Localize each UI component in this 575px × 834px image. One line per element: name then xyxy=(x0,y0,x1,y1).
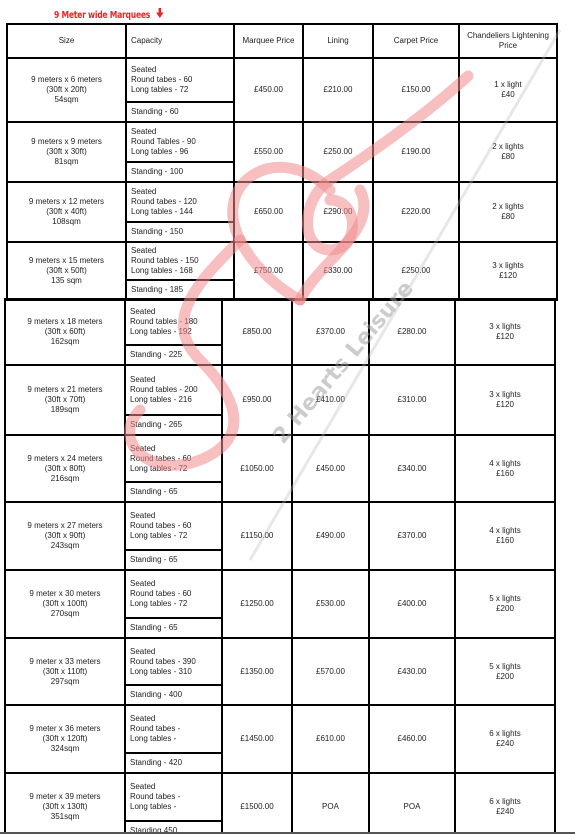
marquee-price-cell: £650.00 xyxy=(234,182,303,242)
text-line: Long tables - 192 xyxy=(130,327,221,337)
text-line: 2 x lights xyxy=(460,202,556,212)
size-cell: 9 meters x 18 meters(30ft x 60ft)162sqm xyxy=(5,299,125,365)
carpet-price-cell: £190.00 xyxy=(373,122,459,182)
text-line: Long tables - 72 xyxy=(130,599,221,609)
standing-capacity-cell: Standing - 265 xyxy=(125,415,222,435)
text-line: 351sqm xyxy=(6,812,124,822)
text-line: £80 xyxy=(460,212,556,222)
text-line: Long tables - 96 xyxy=(131,147,233,157)
table-row: 9 meters x 21 meters(30ft x 70ft)189sqmS… xyxy=(5,365,555,415)
arrow-down-icon xyxy=(156,8,164,18)
standing-capacity-cell: Standing - 65 xyxy=(125,550,222,570)
seated-capacity-cell: SeatedRound tables - 200Long tables - 21… xyxy=(125,365,222,415)
page-title-text: 9 Meter wide Marquees xyxy=(54,10,150,21)
text-line: 270sqm xyxy=(6,609,124,619)
text-line: 297sqm xyxy=(6,677,124,687)
header-row: SizeCapacityMarquee PriceLiningCarpet Pr… xyxy=(7,24,557,58)
text-line: (30ft x 110ft) xyxy=(6,667,124,677)
chandelier-price-cell: 2 x lights£80 xyxy=(459,182,557,242)
text-line: Round tabes - 390 xyxy=(130,657,221,667)
marquee-price-cell: £1250.00 xyxy=(222,570,292,638)
marquee-price-cell: £550.00 xyxy=(234,122,303,182)
text-line: 243sqm xyxy=(6,541,124,551)
standing-capacity-cell: Standing - 400 xyxy=(125,685,222,705)
text-line: 9 meters x 27 meters xyxy=(6,521,124,531)
text-line: Seated xyxy=(131,246,233,256)
size-cell: 9 meters x 27 meters(30ft x 90ft)243sqm xyxy=(5,502,125,570)
standing-capacity-cell: Standing - 65 xyxy=(125,482,222,502)
column-header: Capacity xyxy=(126,24,234,58)
carpet-price-cell: £150.00 xyxy=(373,58,459,122)
text-line: (30ft x 70ft) xyxy=(6,395,124,405)
table-row: 9 meters x 18 meters(30ft x 60ft)162sqmS… xyxy=(5,299,555,345)
table-row: 9 meters x 24 meters(30ft x 80ft)216sqmS… xyxy=(5,435,555,482)
text-line: Long tables - 168 xyxy=(131,266,233,276)
carpet-price-cell: £250.00 xyxy=(373,242,459,300)
table-row: 9 meters x 9 meters(30ft x 30ft)81sqmSea… xyxy=(7,122,557,162)
text-line: 81sqm xyxy=(8,157,125,167)
chandelier-price-cell: 6 x lights£240 xyxy=(455,705,555,773)
text-line: Long tables - 72 xyxy=(130,464,221,474)
size-cell: 9 meters x 24 meters(30ft x 80ft)216sqm xyxy=(5,435,125,502)
text-line: (30ft x 80ft) xyxy=(6,464,124,474)
standing-capacity-cell: Standing - 185 xyxy=(126,280,234,300)
marquee-price-cell: £1350.00 xyxy=(222,638,292,705)
text-line: Round tabes - 60 xyxy=(130,589,221,599)
text-line: 54sqm xyxy=(8,95,125,105)
text-line: Round tables - 180 xyxy=(130,317,221,327)
pricing-table-part-1: SizeCapacityMarquee PriceLiningCarpet Pr… xyxy=(6,23,558,301)
page-title: 9 Meter wide Marquees xyxy=(54,8,164,21)
chandelier-price-cell: 6 x lights£240 xyxy=(455,773,555,834)
text-line: £80 xyxy=(460,152,556,162)
seated-capacity-cell: SeatedRound Tables - 90Long tables - 96 xyxy=(126,122,234,162)
seated-capacity-cell: SeatedRound tabes -Long tables - xyxy=(125,705,222,753)
pricing-table-part-2: 9 meters x 18 meters(30ft x 60ft)162sqmS… xyxy=(4,298,556,834)
text-line: 3 x lights xyxy=(460,261,556,271)
lining-price-cell: £410.00 xyxy=(292,365,369,435)
text-line: 5 x lights xyxy=(456,662,554,672)
text-line: 4 x lights xyxy=(456,526,554,536)
text-line: 9 meter x 33 meters xyxy=(6,657,124,667)
text-line: 9 meters x 15 meters xyxy=(8,256,125,266)
chandelier-price-cell: 3 x lights£120 xyxy=(459,242,557,300)
text-line: 9 meters x 6 meters xyxy=(8,75,125,85)
text-line: 9 meter x 30 meters xyxy=(6,589,124,599)
text-line: Seated xyxy=(131,127,233,137)
text-line: £200 xyxy=(456,604,554,614)
seated-capacity-cell: SeatedRound tabes -Long tables - xyxy=(125,773,222,821)
size-cell: 9 meters x 12 meters(30ft x 40ft)108sqm xyxy=(7,182,126,242)
text-line: 4 x lights xyxy=(456,459,554,469)
text-line: Seated xyxy=(130,579,221,589)
text-line: 5 x lights xyxy=(456,594,554,604)
text-line: Round tabes - 60 xyxy=(130,521,221,531)
size-cell: 9 meters x 21 meters(30ft x 70ft)189sqm xyxy=(5,365,125,435)
chandelier-price-cell: 4 x lights£160 xyxy=(455,435,555,502)
text-line: Long tables - 216 xyxy=(130,395,221,405)
seated-capacity-cell: SeatedRound tabes - 60Long tables - 72 xyxy=(126,58,234,102)
size-cell: 9 meters x 15 meters(30ft x 50ft)135 sqm xyxy=(7,242,126,300)
text-line: Seated xyxy=(130,375,221,385)
column-header: Chandeliers Lightening Price xyxy=(459,24,557,58)
standing-capacity-cell: Standing - 65 xyxy=(125,618,222,638)
standing-capacity-cell: Standing - 225 xyxy=(125,345,222,365)
text-line: 9 meters x 18 meters xyxy=(6,317,124,327)
text-line: £120 xyxy=(456,332,554,342)
seated-capacity-cell: SeatedRound tabes - 390Long tables - 310 xyxy=(125,638,222,685)
text-line: (30ft x 40ft) xyxy=(8,207,125,217)
lining-price-cell: £490.00 xyxy=(292,502,369,570)
text-line: Round Tables - 90 xyxy=(131,137,233,147)
text-line: Long tables - 72 xyxy=(131,85,233,95)
seated-capacity-cell: SeatedRound tabes - 60Long tables - 72 xyxy=(125,502,222,550)
text-line: £200 xyxy=(456,672,554,682)
table-row: 9 meter x 39 meters(30ft x 130ft)351sqmS… xyxy=(5,773,555,821)
text-line: 9 meters x 9 meters xyxy=(8,137,125,147)
column-header: Marquee Price xyxy=(234,24,303,58)
carpet-price-cell: £370.00 xyxy=(369,502,455,570)
size-cell: 9 meter x 33 meters(30ft x 110ft)297sqm xyxy=(5,638,125,705)
text-line: Round tabes - 60 xyxy=(130,454,221,464)
chandelier-price-cell: 4 x lights£160 xyxy=(455,502,555,570)
column-header: Size xyxy=(7,24,126,58)
size-cell: 9 meters x 6 meters(30ft x 20ft)54sqm xyxy=(7,58,126,122)
text-line: 9 meter x 39 meters xyxy=(6,792,124,802)
text-line: (30ft x 100ft) xyxy=(6,599,124,609)
marquee-price-cell: £450.00 xyxy=(234,58,303,122)
table-row: 9 meters x 12 meters(30ft x 40ft)108sqmS… xyxy=(7,182,557,222)
lining-price-cell: POA xyxy=(292,773,369,834)
marquee-price-cell: £1450.00 xyxy=(222,705,292,773)
chandelier-price-cell: 2 x lights£80 xyxy=(459,122,557,182)
carpet-price-cell: £460.00 xyxy=(369,705,455,773)
text-line: Seated xyxy=(130,307,221,317)
chandelier-price-cell: 5 x lights£200 xyxy=(455,570,555,638)
carpet-price-cell: POA xyxy=(369,773,455,834)
size-cell: 9 meters x 9 meters(30ft x 30ft)81sqm xyxy=(7,122,126,182)
text-line: 189sqm xyxy=(6,405,124,415)
lining-price-cell: £450.00 xyxy=(292,435,369,502)
text-line: 9 meters x 24 meters xyxy=(6,454,124,464)
seated-capacity-cell: SeatedRound tabes - 120Long tables - 144 xyxy=(126,182,234,222)
text-line: 108sqm xyxy=(8,217,125,227)
text-line: 324sqm xyxy=(6,744,124,754)
carpet-price-cell: £310.00 xyxy=(369,365,455,435)
chandelier-price-cell: 3 x lights£120 xyxy=(455,299,555,365)
marquee-price-cell: £1500.00 xyxy=(222,773,292,834)
carpet-price-cell: £400.00 xyxy=(369,570,455,638)
table-row: 9 meters x 15 meters(30ft x 50ft)135 sqm… xyxy=(7,242,557,280)
text-line: Seated xyxy=(131,65,233,75)
text-line: Round tables - 150 xyxy=(131,256,233,266)
text-line: £120 xyxy=(460,271,556,281)
text-line: Seated xyxy=(131,187,233,197)
text-line: 2 x lights xyxy=(460,142,556,152)
marquee-price-cell: £1050.00 xyxy=(222,435,292,502)
lining-price-cell: £330.00 xyxy=(303,242,373,300)
text-line: £160 xyxy=(456,536,554,546)
lining-price-cell: £250.00 xyxy=(303,122,373,182)
text-line: Seated xyxy=(130,647,221,657)
marquee-price-cell: £950.00 xyxy=(222,365,292,435)
seated-capacity-cell: SeatedRound tabes - 60Long tables - 72 xyxy=(125,435,222,482)
carpet-price-cell: £430.00 xyxy=(369,638,455,705)
table-row: 9 meter x 30 meters(30ft x 100ft)270sqmS… xyxy=(5,570,555,618)
text-line: £120 xyxy=(456,400,554,410)
text-line: Seated xyxy=(130,444,221,454)
lining-price-cell: £210.00 xyxy=(303,58,373,122)
text-line: 9 meters x 12 meters xyxy=(8,197,125,207)
text-line: (30ft x 90ft) xyxy=(6,531,124,541)
lining-price-cell: £570.00 xyxy=(292,638,369,705)
marquee-price-cell: £750.00 xyxy=(234,242,303,300)
text-line: (30ft x 60ft) xyxy=(6,327,124,337)
text-line: (30ft x 30ft) xyxy=(8,147,125,157)
standing-capacity-cell: Standing - 60 xyxy=(126,102,234,122)
text-line: Round tabes - xyxy=(130,792,221,802)
text-line: Seated xyxy=(130,714,221,724)
carpet-price-cell: £280.00 xyxy=(369,299,455,365)
text-line: (30ft x 120ft) xyxy=(6,734,124,744)
text-line: 3 x lights xyxy=(456,322,554,332)
size-cell: 9 meter x 30 meters(30ft x 100ft)270sqm xyxy=(5,570,125,638)
text-line: (30ft x 50ft) xyxy=(8,266,125,276)
text-line: 135 sqm xyxy=(8,276,125,286)
seated-capacity-cell: SeatedRound tables - 150Long tables - 16… xyxy=(126,242,234,280)
text-line: Long tables - xyxy=(130,734,221,744)
chandelier-price-cell: 1 x light£40 xyxy=(459,58,557,122)
text-line: Seated xyxy=(130,782,221,792)
text-line: 6 x lights xyxy=(456,797,554,807)
standing-capacity-cell: Standing - 100 xyxy=(126,162,234,182)
lining-price-cell: £290.00 xyxy=(303,182,373,242)
text-line: 9 meters x 21 meters xyxy=(6,385,124,395)
size-cell: 9 meter x 36 meters(30ft x 120ft)324sqm xyxy=(5,705,125,773)
lining-price-cell: £610.00 xyxy=(292,705,369,773)
column-header: Carpet Price xyxy=(373,24,459,58)
text-line: 1 x light xyxy=(460,80,556,90)
text-line: (30ft x 20ft) xyxy=(8,85,125,95)
chandelier-price-cell: 5 x lights£200 xyxy=(455,638,555,705)
text-line: Long tables - 144 xyxy=(131,207,233,217)
text-line: Long tables - 72 xyxy=(130,531,221,541)
text-line: Seated xyxy=(130,511,221,521)
seated-capacity-cell: SeatedRound tables - 180Long tables - 19… xyxy=(125,299,222,345)
standing-capacity-cell: Standing - 150 xyxy=(126,222,234,242)
marquee-price-cell: £850.00 xyxy=(222,299,292,365)
carpet-price-cell: £340.00 xyxy=(369,435,455,502)
text-line: (30ft x 130ft) xyxy=(6,802,124,812)
text-line: Round tabes - 60 xyxy=(131,75,233,85)
text-line: £240 xyxy=(456,807,554,817)
text-line: 162sqm xyxy=(6,337,124,347)
table-row: 9 meter x 33 meters(30ft x 110ft)297sqmS… xyxy=(5,638,555,685)
text-line: Round tabes - 120 xyxy=(131,197,233,207)
marquee-price-cell: £1150.00 xyxy=(222,502,292,570)
text-line: 3 x lights xyxy=(456,390,554,400)
text-line: £160 xyxy=(456,469,554,479)
seated-capacity-cell: SeatedRound tabes - 60Long tables - 72 xyxy=(125,570,222,618)
column-header: Lining xyxy=(303,24,373,58)
text-line: Round tabes - xyxy=(130,724,221,734)
lining-price-cell: £530.00 xyxy=(292,570,369,638)
text-line: £240 xyxy=(456,739,554,749)
text-line: Round tables - 200 xyxy=(130,385,221,395)
text-line: £40 xyxy=(460,90,556,100)
text-line: 9 meter x 36 meters xyxy=(6,724,124,734)
size-cell: 9 meter x 39 meters(30ft x 130ft)351sqm xyxy=(5,773,125,834)
chandelier-price-cell: 3 x lights£120 xyxy=(455,365,555,435)
standing-capacity-cell: Standing - 420 xyxy=(125,753,222,773)
table-row: 9 meters x 6 meters(30ft x 20ft)54sqmSea… xyxy=(7,58,557,102)
lining-price-cell: £370.00 xyxy=(292,299,369,365)
text-line: Long tables - 310 xyxy=(130,667,221,677)
table-row: 9 meters x 27 meters(30ft x 90ft)243sqmS… xyxy=(5,502,555,550)
text-line: 216sqm xyxy=(6,474,124,484)
text-line: Long tables - xyxy=(130,802,221,812)
text-line: 6 x lights xyxy=(456,729,554,739)
table-row: 9 meter x 36 meters(30ft x 120ft)324sqmS… xyxy=(5,705,555,753)
carpet-price-cell: £220.00 xyxy=(373,182,459,242)
